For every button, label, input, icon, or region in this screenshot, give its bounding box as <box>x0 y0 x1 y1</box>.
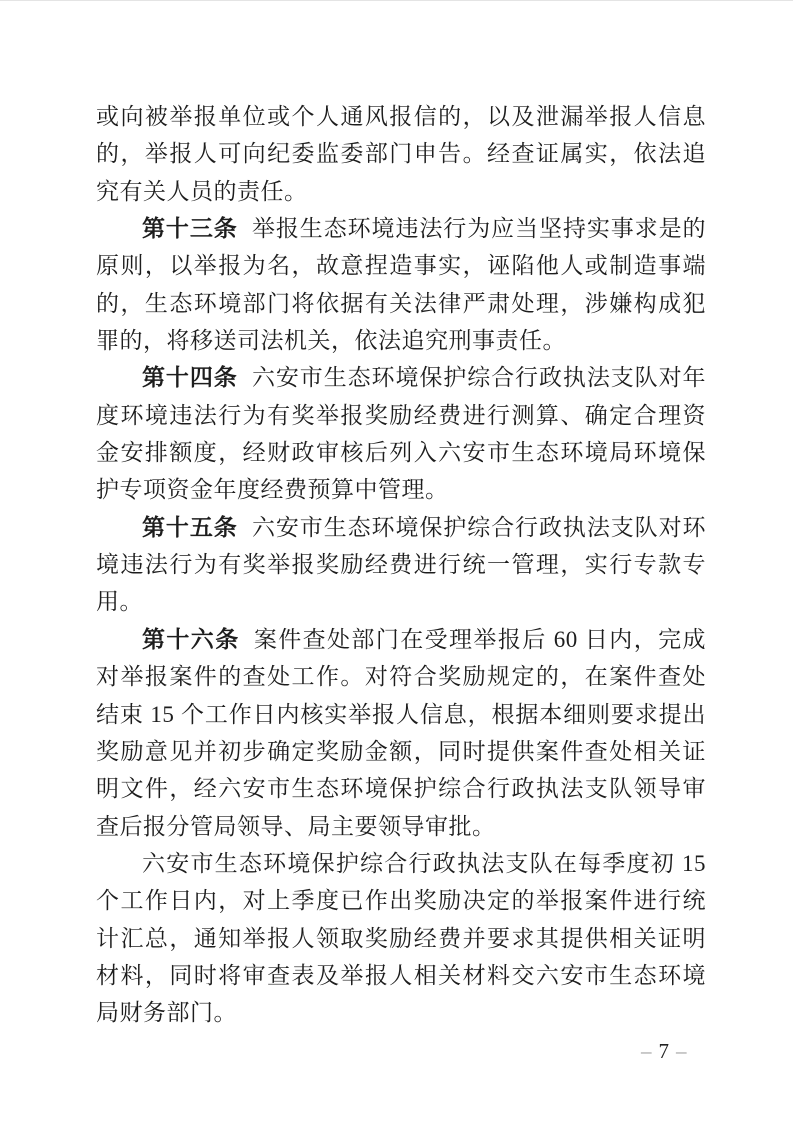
article-number: 第十三条 <box>142 215 238 241</box>
paragraph: 第十三条举报生态环境违法行为应当坚持实事求是的原则，以举报为名，故意捏造事实，诬… <box>96 210 706 359</box>
paragraph: 第十四条六安市生态环境保护综合行政执法支队对年度环境违法行为有奖举报奖励经费进行… <box>96 359 706 508</box>
page-number-dash-right: – <box>676 1039 687 1063</box>
paragraph: 第十六条案件查处部门在受理举报后 60 日内，完成对举报案件的查处工作。对符合奖… <box>96 621 706 845</box>
paragraph-text: 六安市生态环境保护综合行政执法支队在每季度初 15 个工作日内，对上季度已作出奖… <box>96 851 706 1025</box>
page-number: –7– <box>641 1039 687 1063</box>
article-number: 第十六条 <box>142 626 240 652</box>
page-number-value: 7 <box>659 1039 670 1063</box>
paragraph-text: 或向被举报单位或个人通风报信的，以及泄漏举报人信息的，举报人可向纪委监委部门申告… <box>96 104 706 204</box>
paragraph: 第十五条六安市生态环境保护综合行政执法支队对环境违法行为有奖举报奖励经费进行统一… <box>96 509 706 621</box>
page-number-dash-left: – <box>641 1039 652 1063</box>
article-number: 第十四条 <box>142 364 238 390</box>
paragraph: 六安市生态环境保护综合行政执法支队在每季度初 15 个工作日内，对上季度已作出奖… <box>96 845 706 1032</box>
paragraph: 或向被举报单位或个人通风报信的，以及泄漏举报人信息的，举报人可向纪委监委部门申告… <box>96 98 706 210</box>
article-number: 第十五条 <box>142 514 238 540</box>
scan-edge-line <box>0 0 793 1</box>
document-body: 或向被举报单位或个人通风报信的，以及泄漏举报人信息的，举报人可向纪委监委部门申告… <box>96 98 706 1032</box>
paragraph-text: 案件查处部门在受理举报后 60 日内，完成对举报案件的查处工作。对符合奖励规定的… <box>96 627 706 839</box>
